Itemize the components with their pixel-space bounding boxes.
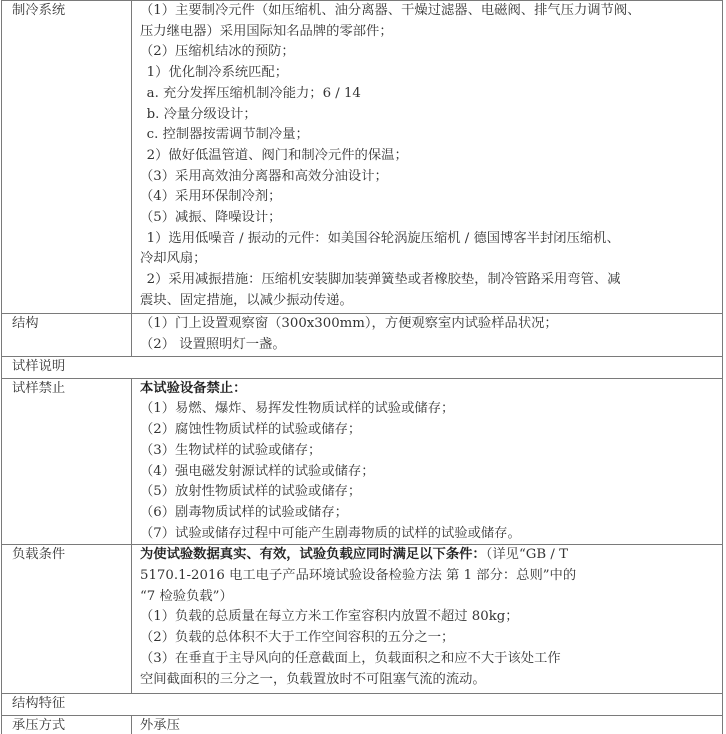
section-row-structural-features: 结构特征 [2, 694, 723, 716]
content-line: 空间截面积的三分之一，负载置放时不可阻塞气流的流动。 [140, 670, 718, 691]
section-title: 结构特征 [2, 694, 723, 716]
content-heading: 本试验设备禁止： [140, 379, 718, 400]
content-line: （5）减振、降噪设计； [140, 208, 718, 229]
row-content: 为使试验数据真实、有效，试验负载应同时满足以下条件：（详见“GB / T 517… [132, 545, 723, 694]
content-line: 压力继电器）采用国际知名品牌的零部件； [140, 22, 718, 43]
content-line: （6）剧毒物质试样的试验或储存； [140, 503, 718, 524]
content-line: （4）强电磁发射源试样的试验或储存； [140, 462, 718, 483]
row-label: 试样禁止 [2, 378, 132, 545]
content-line: （2）压缩机结冰的预防； [140, 42, 718, 63]
content-heading-line: 为使试验数据真实、有效，试验负载应同时满足以下条件：（详见“GB / T [140, 545, 718, 566]
content-line: （3）生物试样的试验或储存； [140, 441, 718, 462]
content-line: 2）做好低温管道、阀门和制冷元件的保温； [140, 146, 718, 167]
content-line: a. 充分发挥压缩机制冷能力；6 / 14 [140, 84, 718, 105]
table-row-load-conditions: 负载条件 为使试验数据真实、有效，试验负载应同时满足以下条件：（详见“GB / … [2, 545, 723, 694]
row-value: 外承压 [132, 716, 723, 734]
table-row-structure: 结构 （1）门上设置观察窗（300x300mm），方便观察室内试验样品状况； （… [2, 314, 723, 357]
content-line: “7 检验负载”） [140, 587, 718, 608]
section-row-sample-description: 试样说明 [2, 357, 723, 379]
content-heading-reference: （详见“GB / T [486, 547, 568, 562]
content-line: 震块、固定措施，以减少振动传递。 [140, 291, 718, 312]
section-title: 试样说明 [2, 357, 723, 379]
content-line: 2）采用减振措施：压缩机安装脚加装弹簧垫或者橡胶垫，制冷管路采用弯管、减 [140, 270, 718, 291]
content-line: （2）腐蚀性物质试样的试验或储存； [140, 420, 718, 441]
content-line: （4）采用环保制冷剂； [140, 187, 718, 208]
content-line: c. 控制器按需调节制冷量； [140, 125, 718, 146]
row-label: 承压方式 [2, 716, 132, 734]
content-line: （3）采用高效油分离器和高效分油设计； [140, 167, 718, 188]
content-line: （1）主要制冷元件（如压缩机、油分离器、干燥过滤器、电磁阀、排气压力调节阀、 [140, 1, 718, 22]
content-line: （1）门上设置观察窗（300x300mm），方便观察室内试验样品状况； [140, 314, 718, 335]
content-line: （5）放射性物质试样的试验或储存； [140, 482, 718, 503]
content-line: （3）在垂直于主导风向的任意截面上，负载面积之和应不大于该处工作 [140, 649, 718, 670]
content-line: 1）优化制冷系统匹配； [140, 63, 718, 84]
content-line: b. 冷量分级设计； [140, 105, 718, 126]
row-content: 本试验设备禁止： （1）易燃、爆炸、易挥发性物质试样的试验或储存； （2）腐蚀性… [132, 378, 723, 545]
content-line: 5170.1-2016 电工电子产品环境试验设备检验方法 第 1 部分：总则”中… [140, 566, 718, 587]
table-row-pressure-mode: 承压方式 外承压 [2, 716, 723, 734]
row-content: （1）门上设置观察窗（300x300mm），方便观察室内试验样品状况； （2） … [132, 314, 723, 357]
content-line: 冷却风扇； [140, 249, 718, 270]
content-line: （7）试验或储存过程中可能产生剧毒物质的试样的试验或储存。 [140, 524, 718, 545]
row-content: （1）主要制冷元件（如压缩机、油分离器、干燥过滤器、电磁阀、排气压力调节阀、 压… [132, 1, 723, 314]
row-label: 制冷系统 [2, 1, 132, 314]
content-heading: 为使试验数据真实、有效，试验负载应同时满足以下条件： [140, 547, 486, 562]
content-line: （1）易燃、爆炸、易挥发性物质试样的试验或储存； [140, 399, 718, 420]
content-line: 1）选用低噪音 / 振动的元件：如美国谷轮涡旋压缩机 / 德国博客半封闭压缩机、 [140, 229, 718, 250]
row-label: 负载条件 [2, 545, 132, 694]
spec-table: 制冷系统 （1）主要制冷元件（如压缩机、油分离器、干燥过滤器、电磁阀、排气压力调… [1, 0, 723, 734]
content-line: （2） 设置照明灯一盏。 [140, 335, 718, 356]
table-row-sample-prohibition: 试样禁止 本试验设备禁止： （1）易燃、爆炸、易挥发性物质试样的试验或储存； （… [2, 378, 723, 545]
row-label: 结构 [2, 314, 132, 357]
table-row-refrigeration: 制冷系统 （1）主要制冷元件（如压缩机、油分离器、干燥过滤器、电磁阀、排气压力调… [2, 1, 723, 314]
content-line: （1）负载的总质量在每立方米工作室容积内放置不超过 80kg； [140, 607, 718, 628]
content-line: （2）负载的总体积不大于工作空间容积的五分之一； [140, 628, 718, 649]
